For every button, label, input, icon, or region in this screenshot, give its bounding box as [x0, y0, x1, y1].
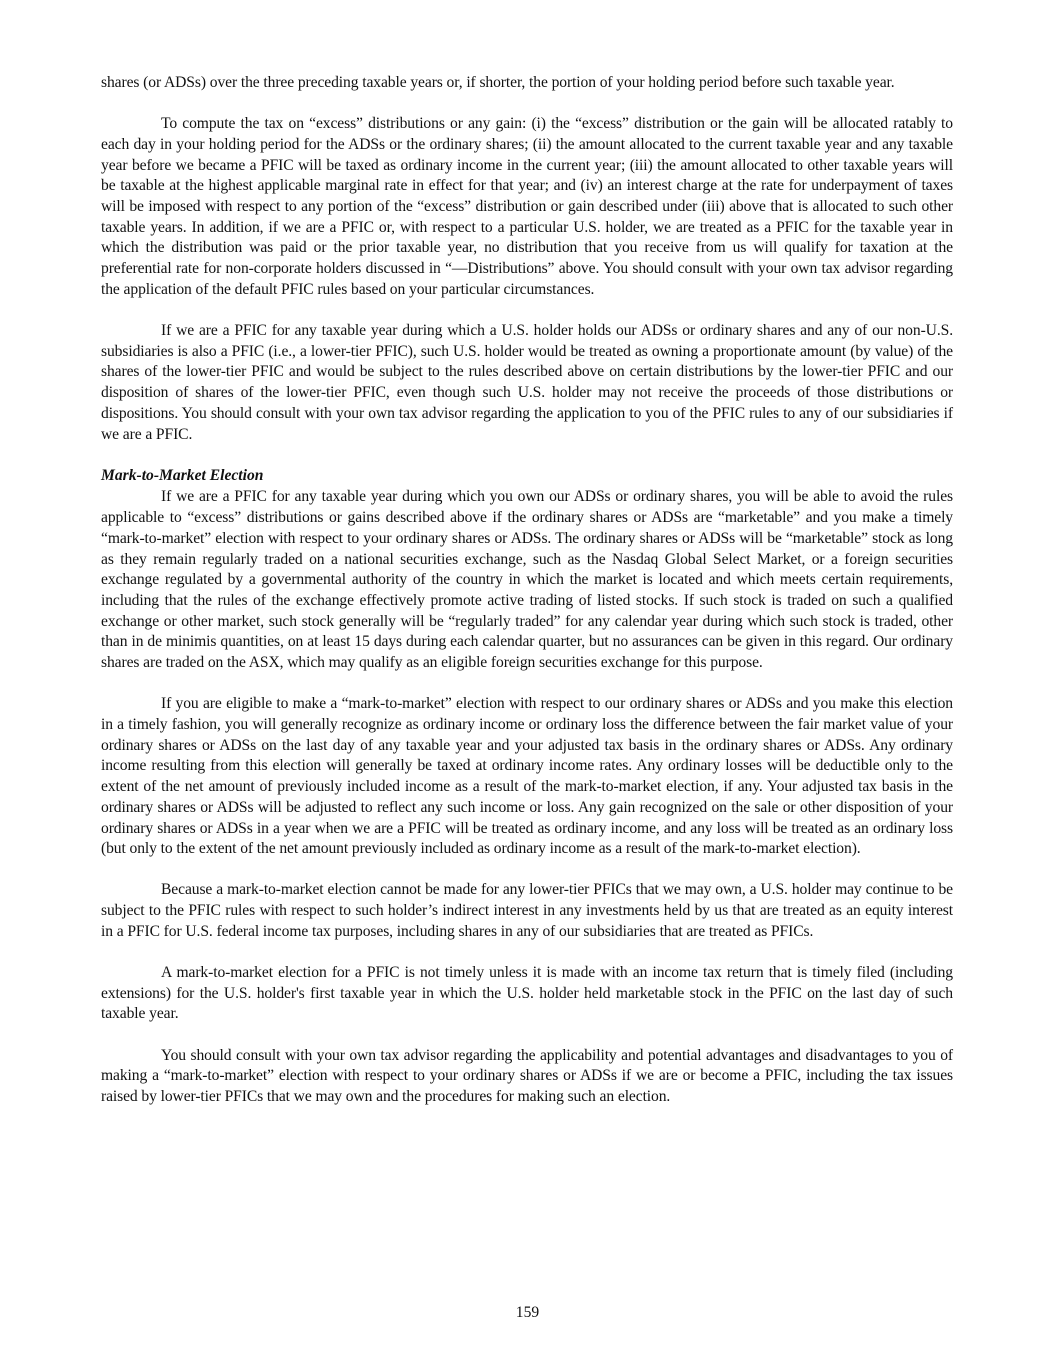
- paragraph-mtm-election-effects: If you are eligible to make a “mark-to-m…: [101, 694, 953, 860]
- page-number: 159: [0, 1303, 1055, 1323]
- paragraph-marketable-stock: If we are a PFIC for any taxable year du…: [101, 487, 953, 673]
- section-heading-mark-to-market: Mark-to-Market Election: [101, 466, 953, 487]
- paragraph-excess-distribution-computation: To compute the tax on “excess” distribut…: [101, 114, 953, 300]
- document-page: shares (or ADSs) over the three precedin…: [101, 73, 953, 1108]
- paragraph-consult-advisor: You should consult with your own tax adv…: [101, 1046, 953, 1108]
- paragraph-lower-tier-mtm: Because a mark-to-market election cannot…: [101, 880, 953, 942]
- paragraph-lower-tier-pfic: If we are a PFIC for any taxable year du…: [101, 321, 953, 445]
- paragraph-mtm-timeliness: A mark-to-market election for a PFIC is …: [101, 963, 953, 1025]
- paragraph-continuation: shares (or ADSs) over the three precedin…: [101, 73, 953, 94]
